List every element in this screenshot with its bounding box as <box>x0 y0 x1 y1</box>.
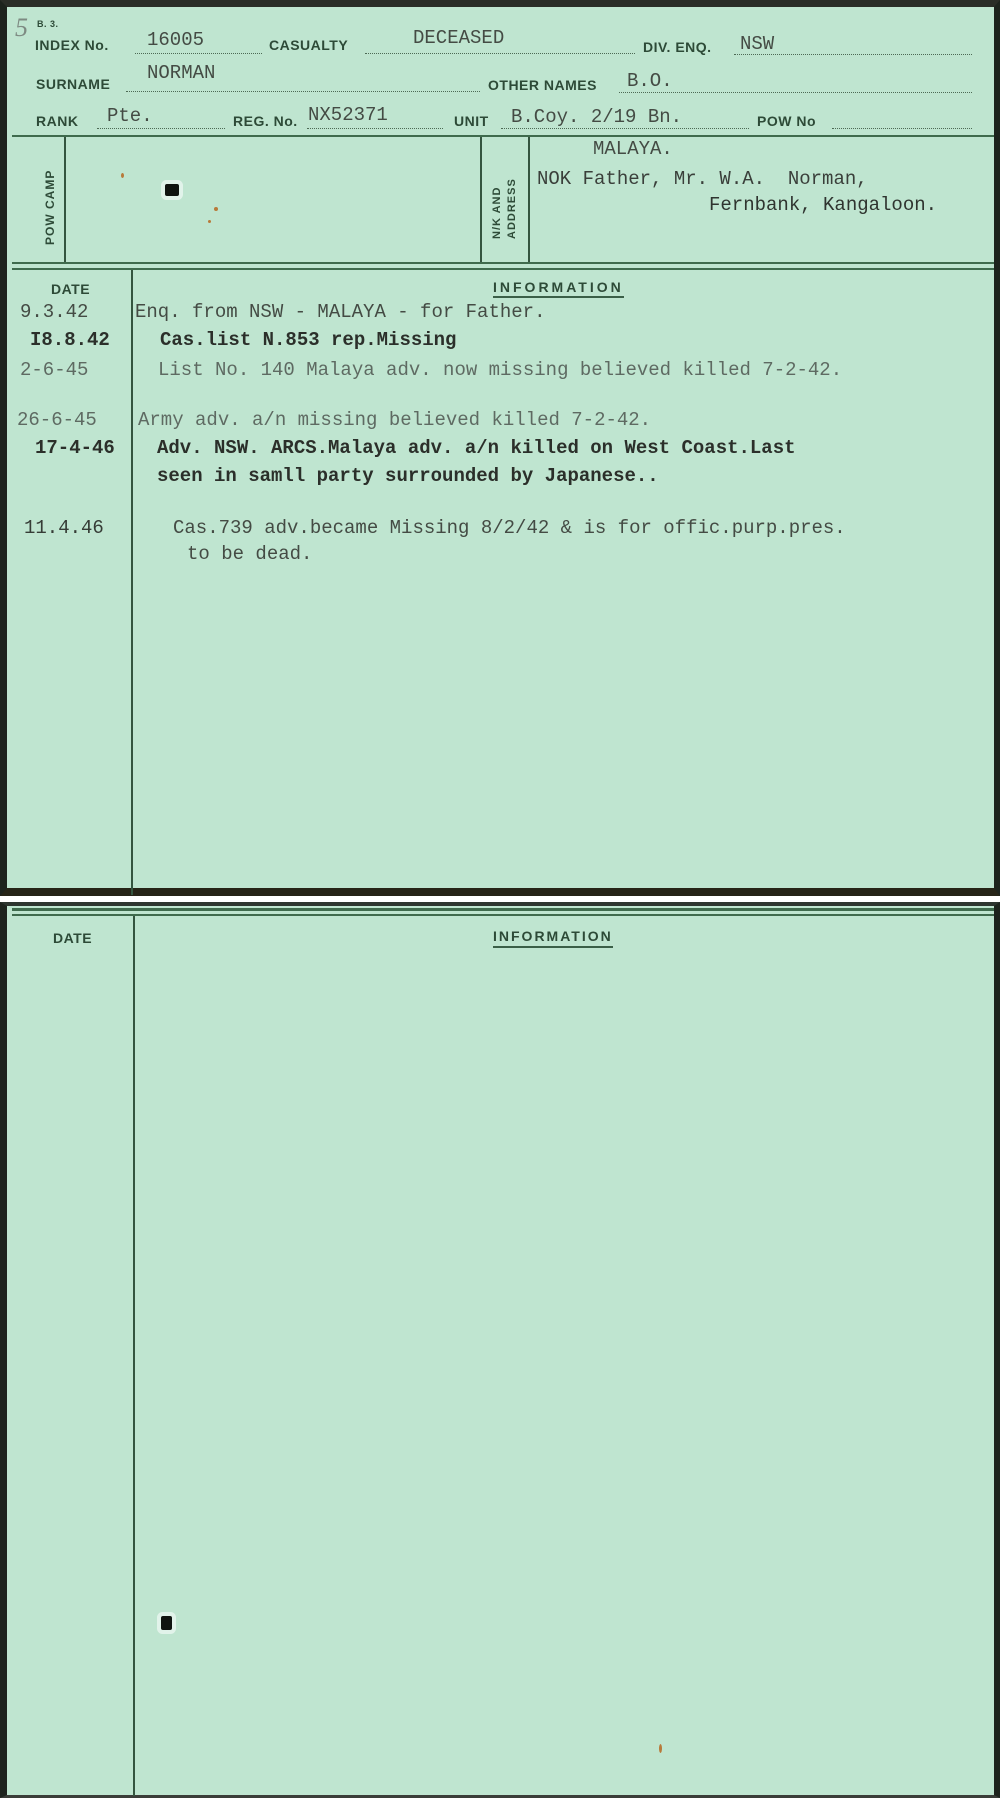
stain-speck <box>659 1744 662 1753</box>
stain-speck <box>121 173 124 178</box>
unit-label: UNIT <box>454 113 489 129</box>
date-header: DATE <box>53 930 92 946</box>
other-names-line <box>619 92 972 93</box>
index-no-label: INDEX No. <box>35 37 109 53</box>
pow-no-label: POW No <box>757 113 816 129</box>
nk-address-line-3: Fernbank, Kangaloon. <box>709 194 937 216</box>
reg-no-value: NX52371 <box>308 104 388 126</box>
pow-camp-label: POW CAMP <box>43 170 57 245</box>
double-rule-top <box>12 908 994 911</box>
index-no-value: 16005 <box>147 29 204 51</box>
entry-date: 9.3.42 <box>20 301 88 323</box>
margin-mark: 5 <box>15 13 28 43</box>
record-card-back: DATE INFORMATION <box>0 902 1000 1798</box>
stain-speck <box>214 207 218 211</box>
information-header: INFORMATION <box>493 279 624 298</box>
other-names-label: OTHER NAMES <box>488 77 597 93</box>
entry-date: 2-6-45 <box>20 359 88 381</box>
stain-speck <box>208 220 211 223</box>
casualty-line <box>365 53 635 54</box>
nk-address-line-2: NOK Father, Mr. W.A. Norman, <box>537 168 868 190</box>
entry-info: Cas.739 adv.became Missing 8/2/42 & is f… <box>173 517 846 539</box>
rank-label: RANK <box>36 113 78 129</box>
surname-line <box>126 91 480 92</box>
form-code: B. 3. <box>37 19 59 29</box>
div-enq-value: NSW <box>740 33 774 55</box>
rank-line <box>97 128 225 129</box>
entry-info-continued: to be dead. <box>187 543 312 565</box>
index-no-line <box>135 53 262 54</box>
double-rule-bottom <box>12 268 994 270</box>
entry-info: Cas.list N.853 rep.Missing <box>160 329 456 351</box>
nk-address-line-1: MALAYA. <box>593 138 673 160</box>
punch-hole <box>165 184 179 196</box>
double-rule-bottom <box>12 914 994 916</box>
date-column-divider <box>131 270 133 895</box>
entry-date: 17-4-46 <box>35 437 115 459</box>
information-header: INFORMATION <box>493 928 613 948</box>
nk-label-line2: ADDRESS <box>505 178 519 239</box>
other-names-value: B.O. <box>627 70 673 92</box>
date-column-divider <box>133 916 135 1796</box>
entry-info-continued: seen in samll party surrounded by Japane… <box>157 465 659 487</box>
unit-line <box>501 128 749 129</box>
nk-right-divider <box>528 137 530 262</box>
entry-info: Enq. from NSW - MALAYA - for Father. <box>135 301 545 323</box>
pow-camp-divider <box>64 137 66 262</box>
double-rule-top <box>12 262 994 264</box>
casualty-label: CASUALTY <box>269 37 348 53</box>
surname-value: NORMAN <box>147 62 215 84</box>
entry-info: Adv. NSW. ARCS.Malaya adv. a/n killed on… <box>157 437 796 459</box>
reg-no-label: REG. No. <box>233 113 298 129</box>
entry-date: I8.8.42 <box>30 329 110 351</box>
surname-label: SURNAME <box>36 76 110 92</box>
unit-value: B.Coy. 2/19 Bn. <box>511 106 682 128</box>
pow-no-line <box>832 128 972 129</box>
entry-info: Army adv. a/n missing believed killed 7-… <box>138 409 651 431</box>
punch-hole <box>161 1616 172 1630</box>
div-enq-label: DIV. ENQ. <box>643 39 712 55</box>
entry-date: 26-6-45 <box>17 409 97 431</box>
entry-info: List No. 140 Malaya adv. now missing bel… <box>158 359 842 381</box>
nk-label-line1: N/K AND <box>490 187 504 239</box>
entry-date: 11.4.46 <box>24 517 104 539</box>
record-card-front: 5 B. 3. INDEX No. 16005 CASUALTY DECEASE… <box>0 0 1000 896</box>
header-rule <box>12 135 994 137</box>
date-header: DATE <box>51 281 90 297</box>
casualty-value: DECEASED <box>413 27 504 49</box>
rank-value: Pte. <box>107 105 153 127</box>
reg-no-line <box>307 128 443 129</box>
nk-left-divider <box>480 137 482 262</box>
